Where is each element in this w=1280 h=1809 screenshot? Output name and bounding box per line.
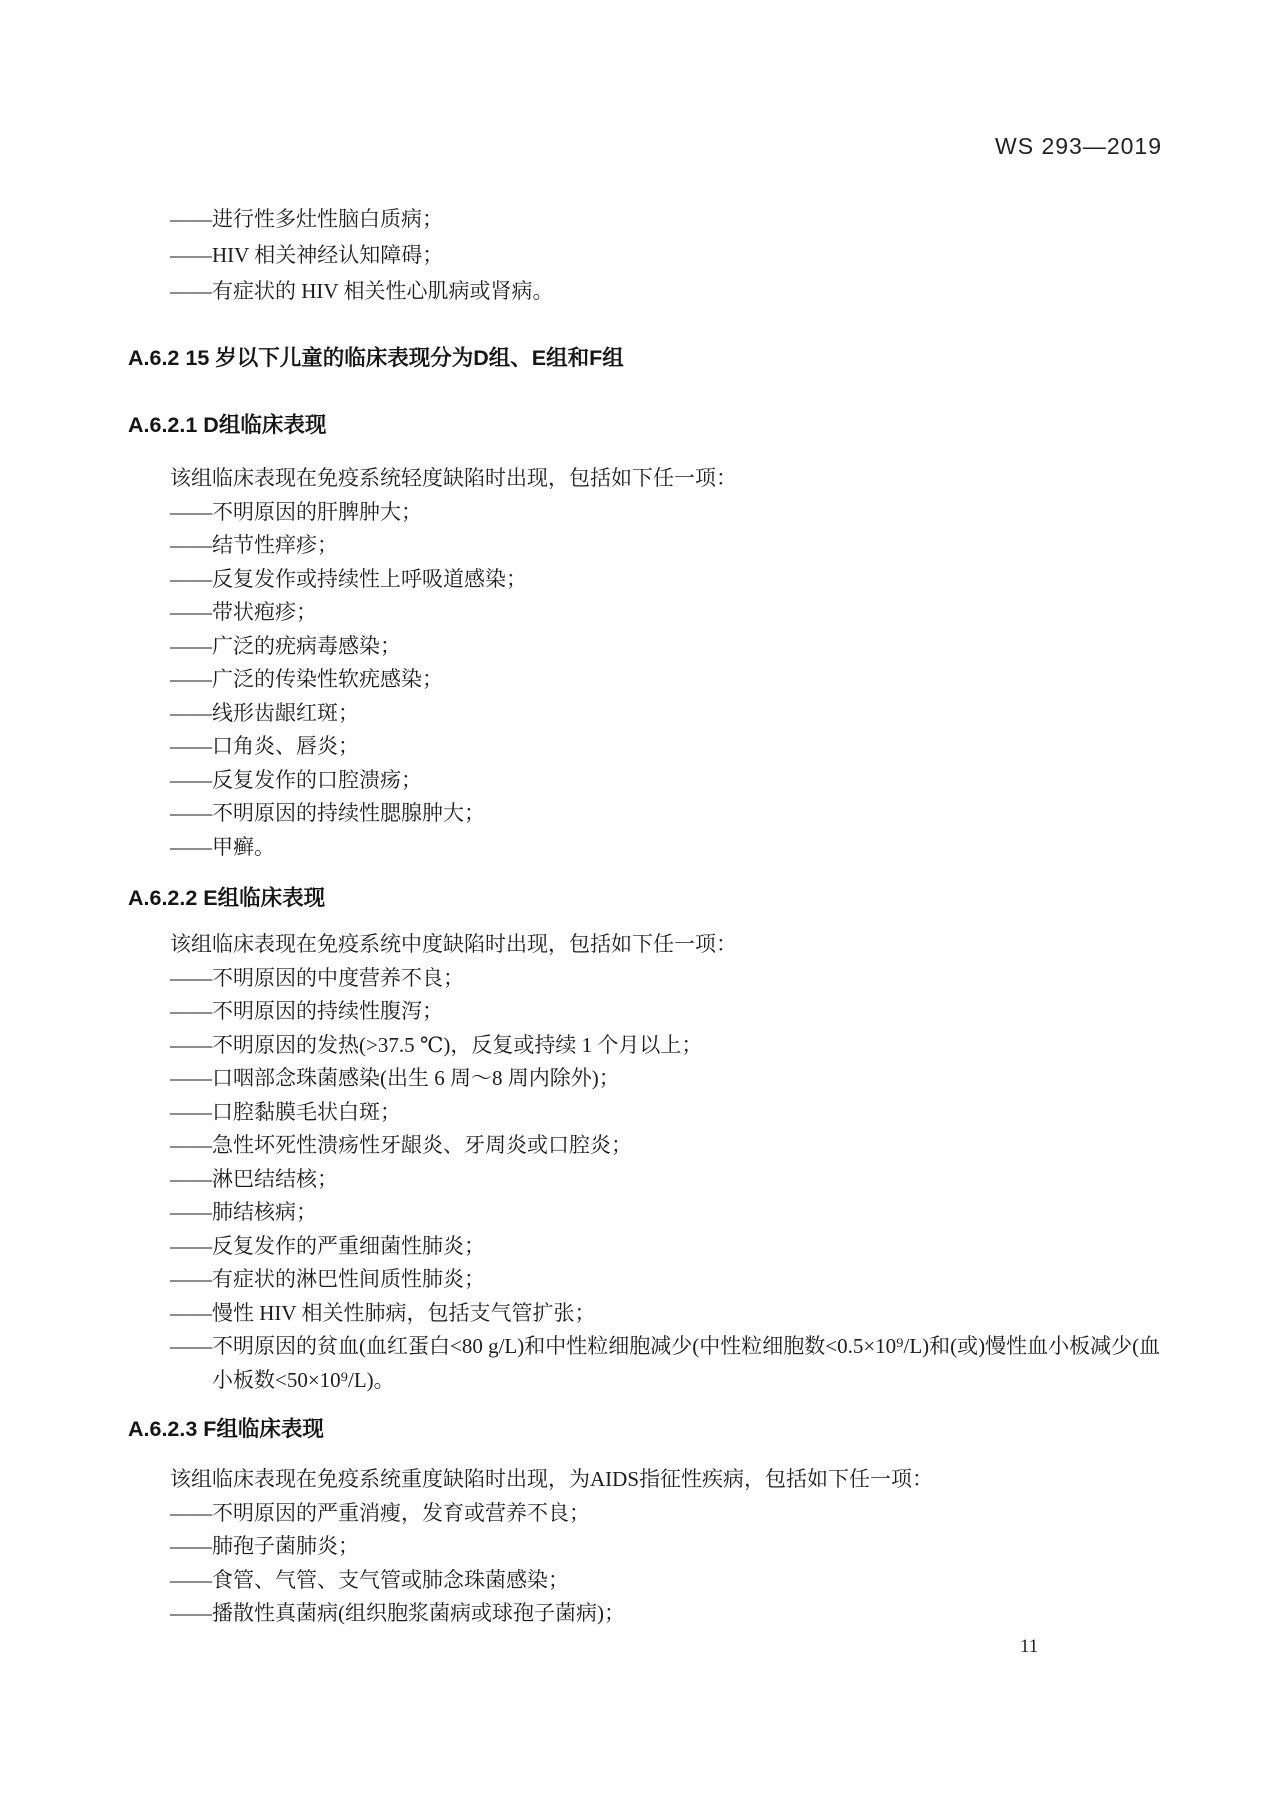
section-intro: 该组临床表现在免疫系统轻度缺陷时出现，包括如下任一项： xyxy=(128,462,1170,496)
list-item: ——不明原因的肝脾肿大； xyxy=(128,496,1170,530)
section-heading-a62: A.6.2 15 岁以下儿童的临床表现分为D组、E组和F组 xyxy=(128,344,1170,372)
section-heading-a622: A.6.2.2 E组临床表现 xyxy=(128,884,1170,912)
section-heading-a621: A.6.2.1 D组临床表现 xyxy=(128,411,1170,439)
list-item: ——慢性 HIV 相关性肺病，包括支气管扩张； xyxy=(128,1297,1170,1331)
list-item: ——口角炎、唇炎； xyxy=(128,730,1170,764)
list-item: ——反复发作或持续性上呼吸道感染； xyxy=(128,563,1170,597)
list-item: ——有症状的淋巴性间质性肺炎； xyxy=(128,1263,1170,1297)
list-item: ——不明原因的贫血(血红蛋白<80 g/L)和中性粒细胞减少(中性粒细胞数<0.… xyxy=(128,1330,1170,1397)
list-item: ——不明原因的持续性腮腺肿大； xyxy=(128,797,1170,831)
section-heading-a623: A.6.2.3 F组临床表现 xyxy=(128,1415,1170,1443)
list-item: ——广泛的传染性软疣感染； xyxy=(128,663,1170,697)
list-item: ——线形齿龈红斑； xyxy=(128,697,1170,731)
list-item: ——不明原因的发热(>37.5 ℃)，反复或持续 1 个月以上； xyxy=(128,1029,1170,1063)
section-a623-body: 该组临床表现在免疫系统重度缺陷时出现，为AIDS指征性疾病，包括如下任一项： —… xyxy=(128,1463,1170,1631)
list-item: ——口腔黏膜毛状白斑； xyxy=(128,1096,1170,1130)
standard-number-header: WS 293—2019 xyxy=(995,133,1162,160)
list-item: ——结节性痒疹； xyxy=(128,529,1170,563)
list-item: ——反复发作的严重细菌性肺炎； xyxy=(128,1230,1170,1264)
document-page: WS 293—2019 ——进行性多灶性脑白质病； ——HIV 相关神经认知障碍… xyxy=(0,0,1280,1809)
list-item: ——有症状的 HIV 相关性心肌病或肾病。 xyxy=(128,273,1170,309)
page-number: 11 xyxy=(1020,1636,1038,1658)
list-item: ——肺孢子菌肺炎； xyxy=(128,1530,1170,1564)
section-a622-body: 该组临床表现在免疫系统中度缺陷时出现，包括如下任一项： ——不明原因的中度营养不… xyxy=(128,928,1170,1397)
list-item: ——食管、气管、支气管或肺念珠菌感染； xyxy=(128,1564,1170,1598)
list-item: ——带状疱疹； xyxy=(128,596,1170,630)
list-item: ——肺结核病； xyxy=(128,1196,1170,1230)
carryover-list: ——进行性多灶性脑白质病； ——HIV 相关神经认知障碍； ——有症状的 HIV… xyxy=(128,201,1170,309)
list-item: ——广泛的疣病毒感染； xyxy=(128,630,1170,664)
list-item: ——不明原因的严重消瘦，发育或营养不良； xyxy=(128,1497,1170,1531)
list-item: ——不明原因的持续性腹泻； xyxy=(128,995,1170,1029)
list-item: ——不明原因的中度营养不良； xyxy=(128,962,1170,996)
list-item: ——淋巴结结核； xyxy=(128,1163,1170,1197)
list-item: ——HIV 相关神经认知障碍； xyxy=(128,237,1170,273)
list-item: ——口咽部念珠菌感染(出生 6 周～8 周内除外)； xyxy=(128,1062,1170,1096)
list-item: ——进行性多灶性脑白质病； xyxy=(128,201,1170,237)
list-item: ——播散性真菌病(组织胞浆菌病或球孢子菌病)； xyxy=(128,1597,1170,1631)
list-item: ——甲癣。 xyxy=(128,831,1170,865)
list-item: ——反复发作的口腔溃疡； xyxy=(128,764,1170,798)
section-intro: 该组临床表现在免疫系统中度缺陷时出现，包括如下任一项： xyxy=(128,928,1170,962)
section-intro: 该组临床表现在免疫系统重度缺陷时出现，为AIDS指征性疾病，包括如下任一项： xyxy=(128,1463,1170,1497)
list-item: ——急性坏死性溃疡性牙龈炎、牙周炎或口腔炎； xyxy=(128,1129,1170,1163)
section-a621-body: 该组临床表现在免疫系统轻度缺陷时出现，包括如下任一项： ——不明原因的肝脾肿大；… xyxy=(128,462,1170,864)
